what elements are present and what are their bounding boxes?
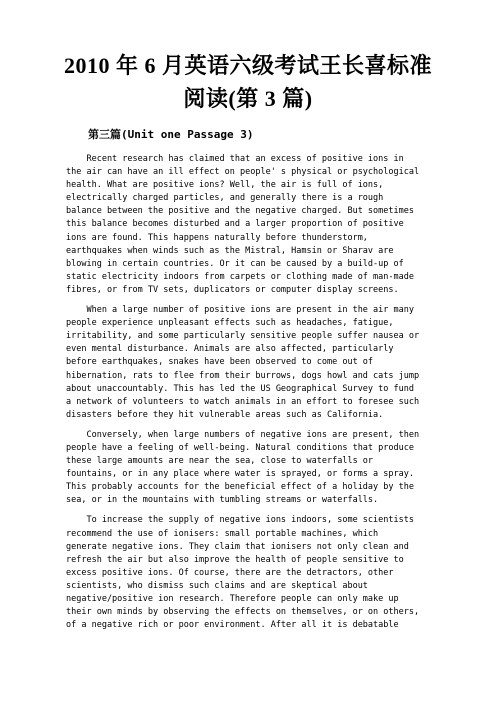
paragraph: To increase the supply of negative ions … (66, 514, 496, 632)
article-body: Recent research has claimed that an exce… (66, 153, 496, 632)
document-title: 2010 年 6 月英语六级考试王长喜标准阅读(第 3 篇) (0, 0, 496, 115)
document-title-line2: 阅读(第 3 篇) (183, 86, 312, 111)
document-title-line1: 2010 年 6 月英语六级考试王长喜标准 (64, 53, 432, 78)
document-page: 2010 年 6 月英语六级考试王长喜标准阅读(第 3 篇) 第三篇(Unit … (0, 0, 496, 702)
paragraph: Recent research has claimed that an exce… (66, 153, 496, 297)
section-heading: 第三篇(Unit one Passage 3) (88, 128, 496, 142)
paragraph: When a large number of positive ions are… (66, 304, 496, 422)
paragraph: Conversely, when large numbers of negati… (66, 429, 496, 508)
